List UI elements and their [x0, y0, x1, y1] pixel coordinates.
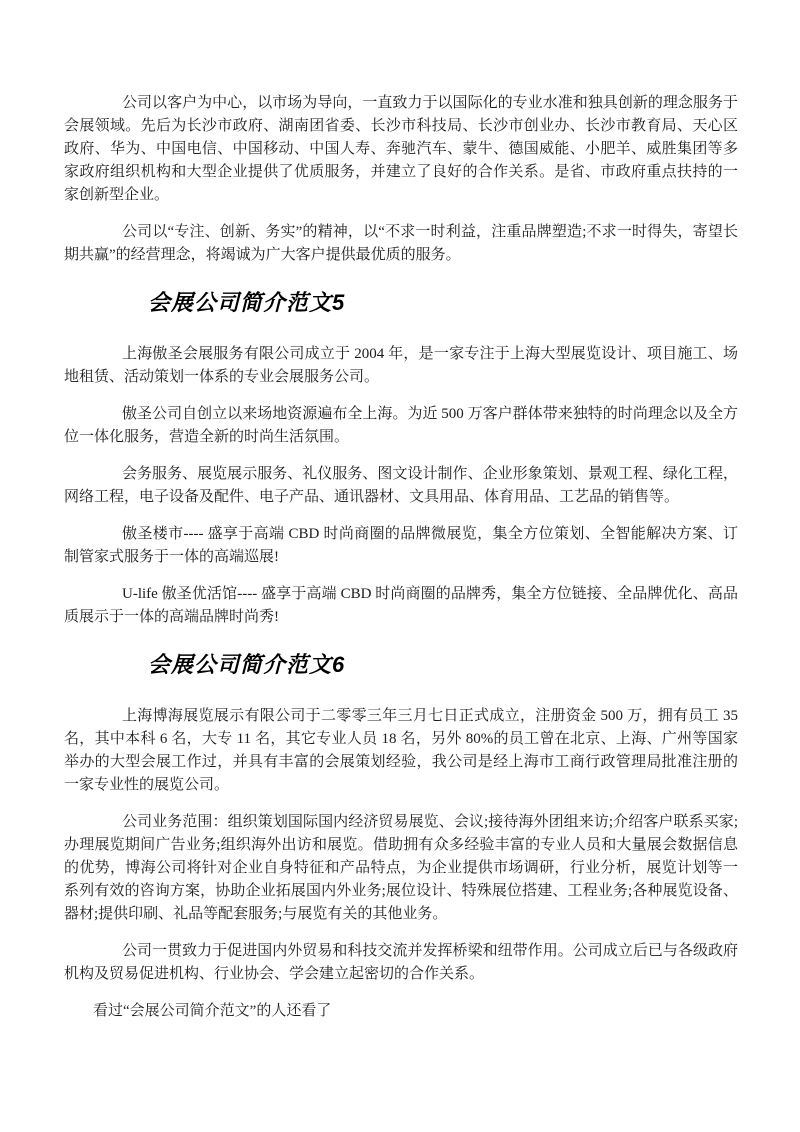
paragraph-company-clients: 公司以客户为中心，以市场为导向，一直致力于以国际化的专业水准和独具创新的理念服务… [64, 92, 738, 207]
paragraph-aosheng-resources: 傲圣公司自创立以来场地资源遍布全上海。为近 500 万客户群体带来独特的时尚理念… [64, 403, 738, 449]
section-heading-sample-5: 会展公司简介范文5 [64, 289, 738, 317]
paragraph-aosheng-loushi: 傲圣楼市---- 盛享于高端 CBD 时尚商圈的品牌微展览，集全方位策划、全智能… [64, 523, 738, 569]
paragraph-aosheng-founding: 上海傲圣会展服务有限公司成立于 2004 年，是一家专注于上海大型展览设计、项目… [64, 343, 738, 389]
related-reading-line: 看过“会展公司简介范文”的人还看了 [64, 1000, 738, 1023]
document-page: 公司以客户为中心，以市场为导向，一直致力于以国际化的专业水准和独具创新的理念服务… [0, 0, 800, 1132]
paragraph-aosheng-services: 会务服务、展览展示服务、礼仪服务、图文设计制作、企业形象策划、景观工程、绿化工程… [64, 463, 738, 509]
paragraph-bohai-founding: 上海博海展览展示有限公司于二零零三年三月七日正式成立，注册资金 500 万，拥有… [64, 705, 738, 797]
paragraph-bohai-cooperation: 公司一贯致力于促进国内外贸易和科技交流并发挥桥梁和纽带作用。公司成立后已与各级政… [64, 940, 738, 986]
section-heading-sample-6: 会展公司简介范文6 [64, 651, 738, 679]
paragraph-bohai-business-scope: 公司业务范围：组织策划国际国内经济贸易展览、会议;接待海外团组来访;介绍客户联系… [64, 811, 738, 926]
paragraph-company-spirit: 公司以“专注、创新、务实”的精神，以“不求一时利益，注重品牌塑造;不求一时得失，… [64, 221, 738, 267]
paragraph-ulife-hall: U-life 傲圣优活馆---- 盛享于高端 CBD 时尚商圈的品牌秀，集全方位… [64, 583, 738, 629]
